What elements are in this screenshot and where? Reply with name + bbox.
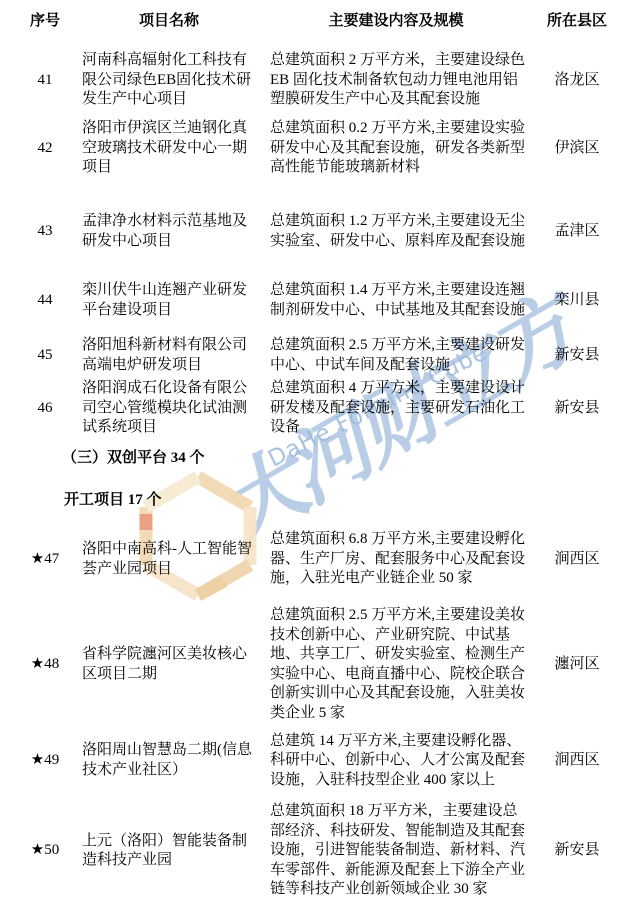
section-heading-started: 开工项目 17 个: [0, 490, 624, 510]
cell-content: 总建筑面积 6.8 万平方米,主要建设孵化器、生产厂房、配套服务中心及配套设施，…: [262, 530, 530, 589]
table-header-row: 序号 项目名称 主要建设内容及规模 所在县区: [0, 0, 624, 38]
document-page: 大河财立方 DaHe Fortune Cube 序号 项目名称 主要建设内容及规…: [0, 0, 624, 912]
cell-index: 46: [0, 399, 76, 419]
cell-content: 总建筑面积 1.4 万平方米,主要建设连翘制剂研发中心、中试基地及其配套设施: [262, 281, 530, 320]
cell-index: 41: [0, 71, 76, 91]
cell-index: 45: [0, 346, 76, 366]
cell-index: 44: [0, 291, 76, 311]
table-row: 42 洛阳市伊滨区兰迪钢化真空玻璃技术研发中心一期项目 总建筑面积 0.2 万平…: [0, 118, 624, 180]
cell-project-name: 洛阳中南高科-人工智能智荟产业园项目: [76, 540, 262, 579]
table-row: 46 洛阳润成石化设备有限公司空心管缆模块化试油测试系统项目 总建筑面积 4 万…: [0, 378, 624, 440]
cell-project-name: 省科学院瀍河区美妆核心区项目二期: [76, 645, 262, 684]
cell-content: 总建筑面积 4 万平方米，主要建设设计研发楼及配套设施，主要研发石油化工设备: [262, 379, 530, 438]
cell-county: 栾川县: [530, 291, 624, 311]
table-row: 41 河南科高辐射化工科技有限公司绿色EB固化技术研发生产中心项目 总建筑面积 …: [0, 44, 624, 118]
cell-county: 瀍河区: [530, 655, 624, 675]
cell-index: ★47: [0, 550, 76, 570]
cell-county: 孟津区: [530, 222, 624, 242]
table-row: ★49 洛阳周山智慧岛二期(信息技术产业社区） 总建筑 14 万平方米,主要建设…: [0, 732, 624, 791]
cell-county: 洛龙区: [530, 71, 624, 91]
cell-project-name: 栾川伏牛山连翘产业研发平台建设项目: [76, 281, 262, 320]
cell-project-name: 上元（洛阳）智能装备制造科技产业园: [76, 832, 262, 871]
cell-county: 伊滨区: [530, 139, 624, 159]
cell-county: 新安县: [530, 399, 624, 419]
table-row: 43 孟津净水材料示范基地及研发中心项目 总建筑面积 1.2 万平方米,主要建设…: [0, 196, 624, 268]
project-table: 序号 项目名称 主要建设内容及规模 所在县区 41 河南科高辐射化工科技有限公司…: [0, 0, 624, 900]
column-header-name: 项目名称: [76, 12, 262, 32]
cell-county: 新安县: [530, 346, 624, 366]
table-row: ★47 洛阳中南高科-人工智能智荟产业园项目 总建筑面积 6.8 万平方米,主要…: [0, 526, 624, 594]
cell-index: 42: [0, 139, 76, 159]
cell-index: ★48: [0, 655, 76, 675]
cell-project-name: 河南科高辐射化工科技有限公司绿色EB固化技术研发生产中心项目: [76, 51, 262, 110]
cell-content: 总建筑 14 万平方米,主要建设孵化器、科研中心、创新中心、人才公寓及配套设施，…: [262, 732, 530, 791]
cell-project-name: 洛阳市伊滨区兰迪钢化真空玻璃技术研发中心一期项目: [76, 119, 262, 178]
table-row: ★50 上元（洛阳）智能装备制造科技产业园 总建筑面积 18 万平方米，主要建设…: [0, 802, 624, 900]
cell-county: 涧西区: [530, 550, 624, 570]
cell-content: 总建筑面积 18 万平方米，主要建设总部经济、科技研发、智能制造及其配套设施，引…: [262, 802, 530, 900]
table-row: 45 洛阳旭科新材料有限公司高端电炉研发项目 总建筑面积 2.5 万平方米,主要…: [0, 334, 624, 378]
cell-project-name: 孟津净水材料示范基地及研发中心项目: [76, 212, 262, 251]
cell-index: ★49: [0, 751, 76, 771]
cell-content: 总建筑面积 1.2 万平方米,主要建设无尘实验室、研发中心、原料库及配套设施: [262, 212, 530, 251]
column-header-county: 所在县区: [530, 12, 624, 32]
column-header-index: 序号: [0, 12, 76, 32]
cell-project-name: 洛阳润成石化设备有限公司空心管缆模块化试油测试系统项目: [76, 379, 262, 438]
table-row: 44 栾川伏牛山连翘产业研发平台建设项目 总建筑面积 1.4 万平方米,主要建设…: [0, 268, 624, 334]
table-row: ★48 省科学院瀍河区美妆核心区项目二期 总建筑面积 2.5 万平方米,主要建设…: [0, 606, 624, 724]
cell-content: 总建筑面积 2.5 万平方米,主要建设美妆技术创新中心、产业研究院、中试基地、共…: [262, 606, 530, 723]
section-heading-platforms: （三）双创平台 34 个: [0, 448, 624, 468]
cell-county: 涧西区: [530, 751, 624, 771]
cell-content: 总建筑面积 0.2 万平方米,主要建设实验研发中心及其配套设施，研发各类新型高性…: [262, 119, 530, 178]
cell-content: 总建筑面积 2.5 万平方米,主要建设研发中心、中试车间及配套设施: [262, 336, 530, 375]
column-header-content: 主要建设内容及规模: [262, 12, 530, 32]
cell-content: 总建筑面积 2 万平方米，主要建设绿色 EB 固化技术制备软包动力锂电池用铝塑膜…: [262, 51, 530, 110]
cell-index: 43: [0, 222, 76, 242]
cell-project-name: 洛阳周山智慧岛二期(信息技术产业社区）: [76, 741, 262, 780]
cell-county: 新安县: [530, 841, 624, 861]
cell-project-name: 洛阳旭科新材料有限公司高端电炉研发项目: [76, 336, 262, 375]
cell-index: ★50: [0, 841, 76, 861]
